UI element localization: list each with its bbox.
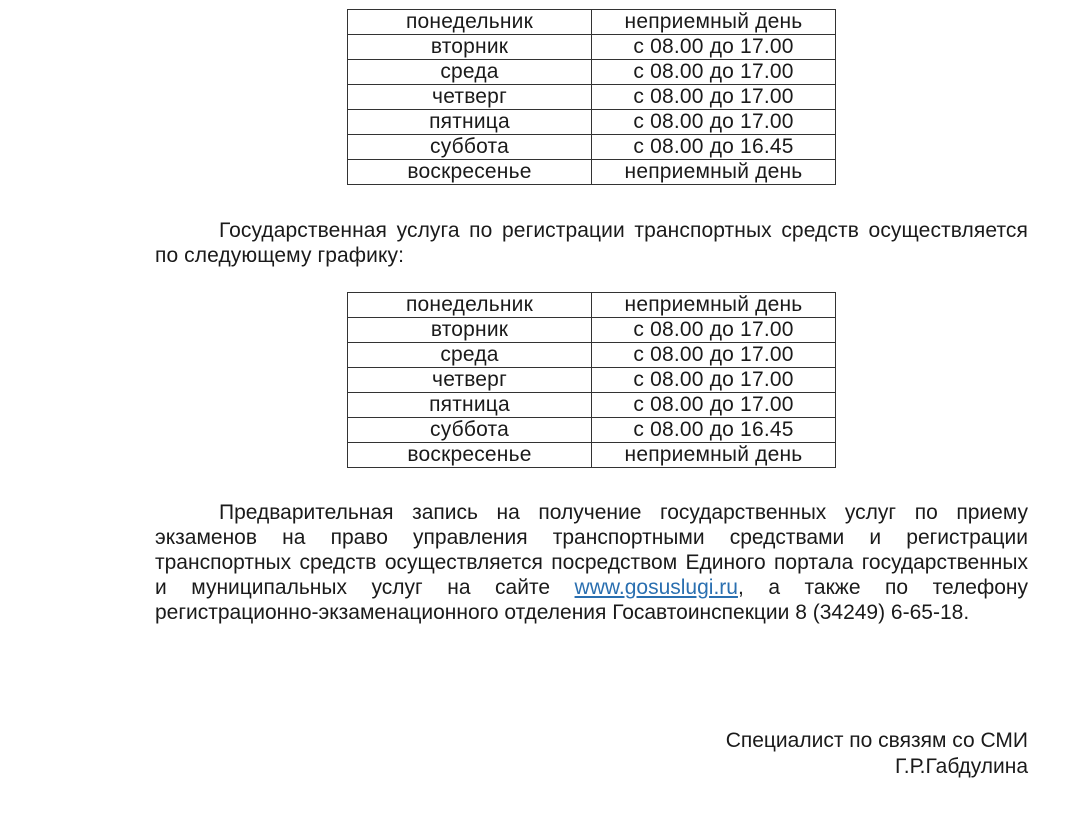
schedule-row: понедельникнеприемный день [348,10,836,35]
paragraph-text: Государственная услуга по регистрации тр… [155,219,1028,267]
hours-cell: неприемный день [592,443,836,468]
schedule-row: субботас 08.00 до 16.45 [348,135,836,160]
hours-cell: с 08.00 до 17.00 [592,393,836,418]
hours-cell: неприемный день [592,10,836,35]
gosuslugi-link[interactable]: www.gosuslugi.ru [575,576,738,599]
hours-cell: с 08.00 до 17.00 [592,110,836,135]
schedule-row: пятницас 08.00 до 17.00 [348,110,836,135]
hours-cell: с 08.00 до 17.00 [592,60,836,85]
schedule-table-1: понедельникнеприемный деньвторникс 08.00… [347,9,836,185]
weekday-cell: четверг [348,85,592,110]
hours-cell: с 08.00 до 17.00 [592,318,836,343]
schedule-table-body: понедельникнеприемный деньвторникс 08.00… [348,293,836,468]
weekday-cell: среда [348,60,592,85]
weekday-cell: воскресенье [348,160,592,185]
hours-cell: с 08.00 до 17.00 [592,35,836,60]
schedule-table-body: понедельникнеприемный деньвторникс 08.00… [348,10,836,185]
hours-cell: с 08.00 до 16.45 [592,135,836,160]
schedule-row: вторникс 08.00 до 17.00 [348,35,836,60]
weekday-cell: суббота [348,418,592,443]
hours-cell: неприемный день [592,293,836,318]
signature-position: Специалист по связям со СМИ [726,728,1028,754]
schedule-table-2: понедельникнеприемный деньвторникс 08.00… [347,292,836,468]
weekday-cell: понедельник [348,10,592,35]
weekday-cell: вторник [348,35,592,60]
schedule-row: средас 08.00 до 17.00 [348,343,836,368]
appointment-paragraph: Предварительная запись на получение госу… [155,500,1028,625]
registration-schedule-intro: Государственная услуга по регистрации тр… [155,218,1028,268]
weekday-cell: пятница [348,110,592,135]
weekday-cell: понедельник [348,293,592,318]
hours-cell: неприемный день [592,160,836,185]
hours-cell: с 08.00 до 17.00 [592,368,836,393]
schedule-row: четвергс 08.00 до 17.00 [348,85,836,110]
schedule-row: пятницас 08.00 до 17.00 [348,393,836,418]
schedule-row: четвергс 08.00 до 17.00 [348,368,836,393]
hours-cell: с 08.00 до 16.45 [592,418,836,443]
signature-block: Специалист по связям со СМИ Г.Р.Габдулин… [726,728,1028,780]
schedule-row: воскресеньенеприемный день [348,160,836,185]
hours-cell: с 08.00 до 17.00 [592,85,836,110]
hours-cell: с 08.00 до 17.00 [592,343,836,368]
schedule-row: воскресеньенеприемный день [348,443,836,468]
weekday-cell: среда [348,343,592,368]
signature-name: Г.Р.Габдулина [726,754,1028,780]
weekday-cell: суббота [348,135,592,160]
schedule-row: субботас 08.00 до 16.45 [348,418,836,443]
weekday-cell: четверг [348,368,592,393]
schedule-row: средас 08.00 до 17.00 [348,60,836,85]
weekday-cell: воскресенье [348,443,592,468]
schedule-row: вторникс 08.00 до 17.00 [348,318,836,343]
schedule-row: понедельникнеприемный день [348,293,836,318]
weekday-cell: вторник [348,318,592,343]
weekday-cell: пятница [348,393,592,418]
